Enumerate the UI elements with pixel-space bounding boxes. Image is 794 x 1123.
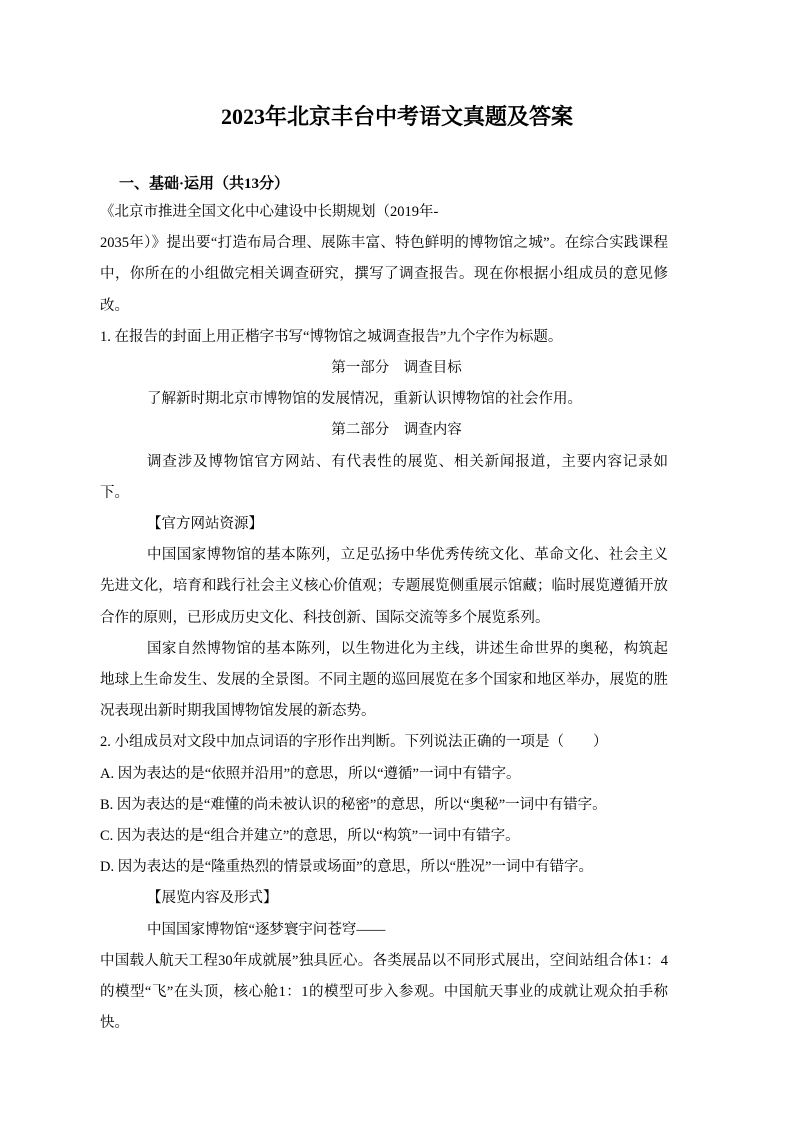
part2-text: 调查涉及博物馆官方网站、有代表性的展览、相关新闻报道，主要内容记录如下。: [100, 447, 668, 509]
option-c: C. 因为表达的是“组合并建立”的意思，所以“构筑”一词中有错字。: [100, 821, 668, 852]
exhibition-paragraph: 中国国家博物馆“逐梦寰宇问苍穹——中国载人航天工程30年成就展”独具匠心。各类展…: [100, 915, 668, 1040]
exhibition-rest: 中国载人航天工程30年成就展”独具匠心。各类展品以不同形式展出，空间站组合体1：…: [100, 953, 668, 1031]
nature-museum-paragraph: 国家自然博物馆的基本陈列，以生物进化为主线，讲述生命世界的奥秘，构筑起地球上生命…: [100, 634, 668, 728]
label-exhibition: 【展览内容及形式】: [100, 883, 668, 914]
exhibition-line1: 中国国家博物馆“逐梦寰宇问苍穹——: [147, 922, 385, 938]
question-1: 1. 在报告的封面上用正楷字书写“博物馆之城调查报告”九个字作为标题。: [100, 322, 668, 353]
part2-heading: 第二部分 调查内容: [100, 415, 668, 446]
question-2: 2. 小组成员对文段中加点词语的字形作出判断。下列说法正确的一项是（ ）: [100, 727, 668, 758]
national-museum-paragraph: 中国国家博物馆的基本陈列，立足弘扬中华优秀传统文化、革命文化、社会主义先进文化，…: [100, 540, 668, 634]
page-title: 2023年北京丰台中考语文真题及答案: [0, 0, 794, 133]
part1-text: 了解新时期北京市博物馆的发展情况，重新认识博物馆的社会作用。: [100, 384, 668, 415]
part1-heading: 第一部分 调查目标: [100, 353, 668, 384]
intro-rest: 2035年）》提出要“打造布局合理、展陈丰富、特色鲜明的博物馆之城”。在综合实践…: [100, 235, 668, 313]
option-d: D. 因为表达的是“隆重热烈的情景或场面”的意思，所以“胜况”一词中有错字。: [100, 852, 668, 883]
document-page: 2023年北京丰台中考语文真题及答案 一、基础·运用（共13分） 《北京市推进全…: [0, 0, 794, 1123]
label-official-website: 【官方网站资源】: [100, 509, 668, 540]
option-b: B. 因为表达的是“难懂的尚未被认识的秘密”的意思，所以“奥秘”一词中有错字。: [100, 790, 668, 821]
intro-line1: 《北京市推进全国文化中心建设中长期规划（2019年-: [100, 204, 438, 220]
intro-paragraph: 《北京市推进全国文化中心建设中长期规划（2019年-2035年）》提出要“打造布…: [100, 197, 668, 322]
option-a: A. 因为表达的是“依照并沿用”的意思，所以“遵循”一词中有错字。: [100, 759, 668, 790]
section-heading: 一、基础·运用（共13分）: [100, 172, 668, 197]
document-body: 一、基础·运用（共13分） 《北京市推进全国文化中心建设中长期规划（2019年-…: [100, 172, 668, 1039]
